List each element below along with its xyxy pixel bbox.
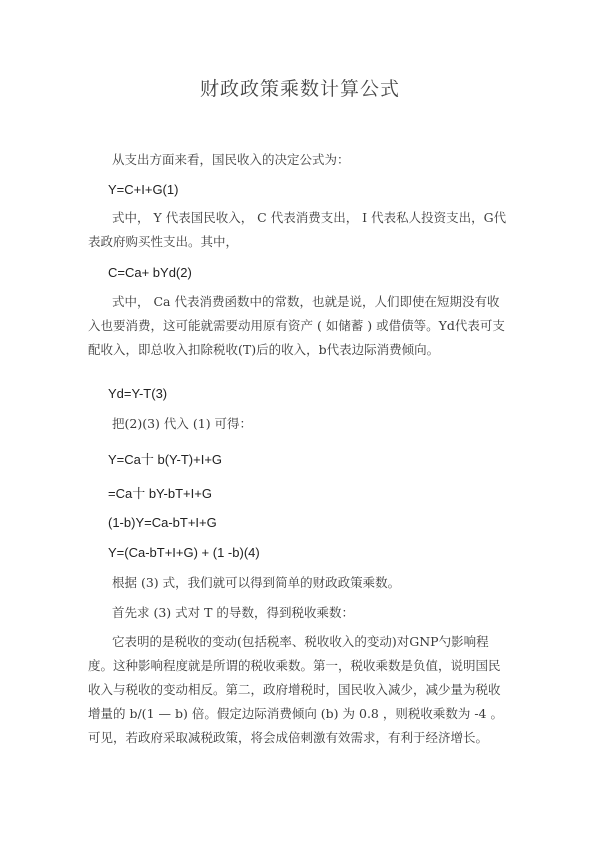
definition-paragraph-1: 式中， Y 代表国民收入， C 代表消费支出， I 代表私人投资支出，G代表政府… xyxy=(88,206,508,254)
note-2: 首先求 (3) 式对 T 的导数，得到税收乘数： xyxy=(88,601,508,625)
document-title: 财政政策乘数计算公式 xyxy=(0,74,600,101)
equation-4c: (1-b)Y=Ca-bT+I+G xyxy=(108,515,217,530)
equation-4b: =Ca十 bY-bT+I+G xyxy=(108,483,212,502)
equation-4a: Y=Ca十 b(Y-T)+I+G xyxy=(108,449,222,468)
substitution-text: 把(2)(3) 代入 (1) 可得： xyxy=(88,412,508,436)
conclusion-paragraph: 它表明的是税收的变动(包括税率、税收收入的变动)对GNP勺影响程度。这种影响程度… xyxy=(88,630,508,750)
intro-paragraph: 从支出方面来看，国民收入的决定公式为： xyxy=(88,148,508,172)
definition-paragraph-2: 式中， Ca 代表消费函数中的常数，也就是说，人们即使在短期没有收入也要消费，这… xyxy=(88,290,508,362)
equation-2: C=Ca+ bYd(2) xyxy=(108,265,192,280)
equation-3: Yd=Y-T(3) xyxy=(108,386,167,401)
note-1: 根据 (3) 式，我们就可以得到简单的财政政策乘数。 xyxy=(88,571,508,595)
equation-1: Y=C+I+G(1) xyxy=(108,182,178,197)
equation-4d: Y=(Ca-bT+I+G) + (1 -b)(4) xyxy=(108,545,260,560)
